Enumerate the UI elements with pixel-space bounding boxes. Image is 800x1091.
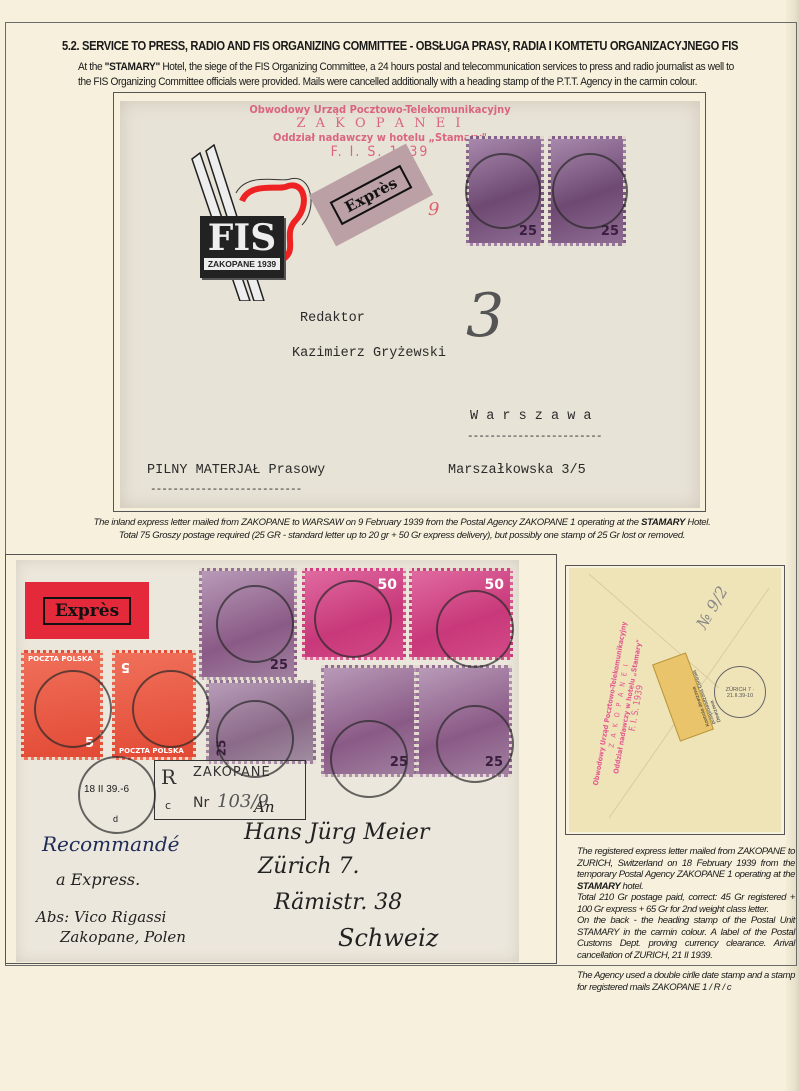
intro-pre: At the [78,61,105,73]
registration-r: R [161,765,176,789]
caption1-line2: Total 75 Groszy postage required (25 GR … [119,530,685,541]
fis-logo-box: FIS ZAKOPANE 1939 [200,216,284,278]
caption3-p1: The registered express letter mailed fro… [577,846,795,961]
registration-label: R c ZAKOPANE Nr 103/9 [154,760,306,820]
caption3-p3: On the back - the heading stamp of the P… [577,915,795,961]
postmark-circle [132,670,210,748]
stamp-value: 25 [519,224,537,239]
fis-logo-subtitle: ZAKOPANE 1939 [204,258,280,270]
hotel-stamp-line1: Obwodowy Urząd Pocztowo-Telekomunikacyjn… [230,103,530,116]
pencil-mark-3: 3 [466,281,504,351]
intro-text: At the "STAMARY" Hotel, the siege of the… [78,60,722,90]
stamp-value: 5 [121,659,130,674]
caption3-p1-bold: STAMARY [577,881,620,892]
postmark-circle [330,720,408,798]
registration-nr-label: Nr [193,795,209,811]
express-label: Exprès [25,582,149,639]
handwritten-express: a Express. [56,870,140,889]
cover1-caption: The inland express letter mailed from ZA… [92,516,712,542]
intro-line1: Hotel, the siege of the FIS Organizing C… [160,61,734,73]
stamp-country: POCZTA POLSKA [119,747,184,755]
underline-dashes: ------------------------ [467,431,601,443]
departure-postmark: 18 II 39.-6 d [78,756,156,834]
express-label-text: Exprès [43,597,131,625]
address-line2: Kazimierz Gryżewski [292,346,446,361]
hotel-stamp-line2: Z A K O P A N E I [230,116,530,131]
page-title: 5.2. SERVICE TO PRESS, RADIO AND FIS ORG… [62,38,738,53]
address-street: Marszałkowska 3/5 [448,463,586,478]
postmark-circle [436,590,514,668]
postmark-circle [552,153,628,229]
handwritten-country: Schweiz [338,924,438,952]
press-note: PILNY MATERJAŁ Prasowy [147,463,325,478]
handwritten-recipient: Hans Jürg Meier [244,820,429,845]
intro-hotel-name: "STAMARY" [105,61,160,73]
address-line1: Redaktor [300,311,365,326]
postmark-circle [465,153,541,229]
fis-logo-text: FIS [202,218,282,258]
stamp-country: POCZTA POLSKA [28,655,93,663]
cover2-caption: The registered express letter mailed fro… [577,846,795,1002]
cover3-envelope-back: № 9/2 Obwodowy Urząd Pocztowo-Telekomuni… [569,568,781,832]
stamp-value: 50 [485,577,504,593]
caption3-p1-post: hotel. [620,881,643,892]
caption1-bold: STAMARY [641,517,685,528]
arrival-postmark: ZÜRICH 7 · 21.II.39-10 [714,666,766,718]
address-city: W a r s z a w a [470,409,592,424]
cover1-envelope: Obwodowy Urząd Pocztowo-Telekomunikacyjn… [120,101,700,508]
caption3-p1-pre: The registered express letter mailed fro… [577,846,795,880]
caption1-pre: The inland express letter mailed from ZA… [94,517,641,528]
postmark-letter: d [113,814,118,824]
stamp-value: 25 [270,658,288,673]
caption1-post: Hotel. [685,517,710,528]
intro-line2: the FIS Organizing Committee officials w… [78,76,697,88]
handwritten-sender-city: Zakopane, Polen [60,928,186,946]
caption3-p2: Total 210 Gr postage paid, correct: 45 G… [577,892,795,915]
handwritten-to: An [254,798,275,816]
cover2-envelope: Exprès POCZTA POLSKA 5 POCZTA POLSKA 5 2… [16,560,519,962]
handwritten-sender: Abs: Vico Rigassi [36,908,166,926]
caption3-p4: The Agency used a double cirlle date sta… [577,970,795,993]
express-label-text: Exprès [329,165,413,226]
pencil-mark-9: 9 [428,199,439,220]
underline-dashes: --------------------------- [150,484,301,496]
postmark-date: 18 II 39.-6 [84,784,129,795]
registration-office: ZAKOPANE [193,765,271,780]
fis-logo: FIS ZAKOPANE 1939 [170,141,320,301]
registration-suffix: c [165,799,171,812]
handwritten-street: Rämistr. 38 [274,890,402,915]
postmark-circle [34,670,112,748]
postmark-circle [216,585,294,663]
handwritten-recommande: Recommandé [42,832,180,856]
arrival-postmark-text: ZÜRICH 7 · 21.II.39-10 [715,687,765,699]
postmark-circle [314,580,392,658]
postmark-circle [436,705,514,783]
handwritten-city: Zürich 7. [258,854,359,879]
